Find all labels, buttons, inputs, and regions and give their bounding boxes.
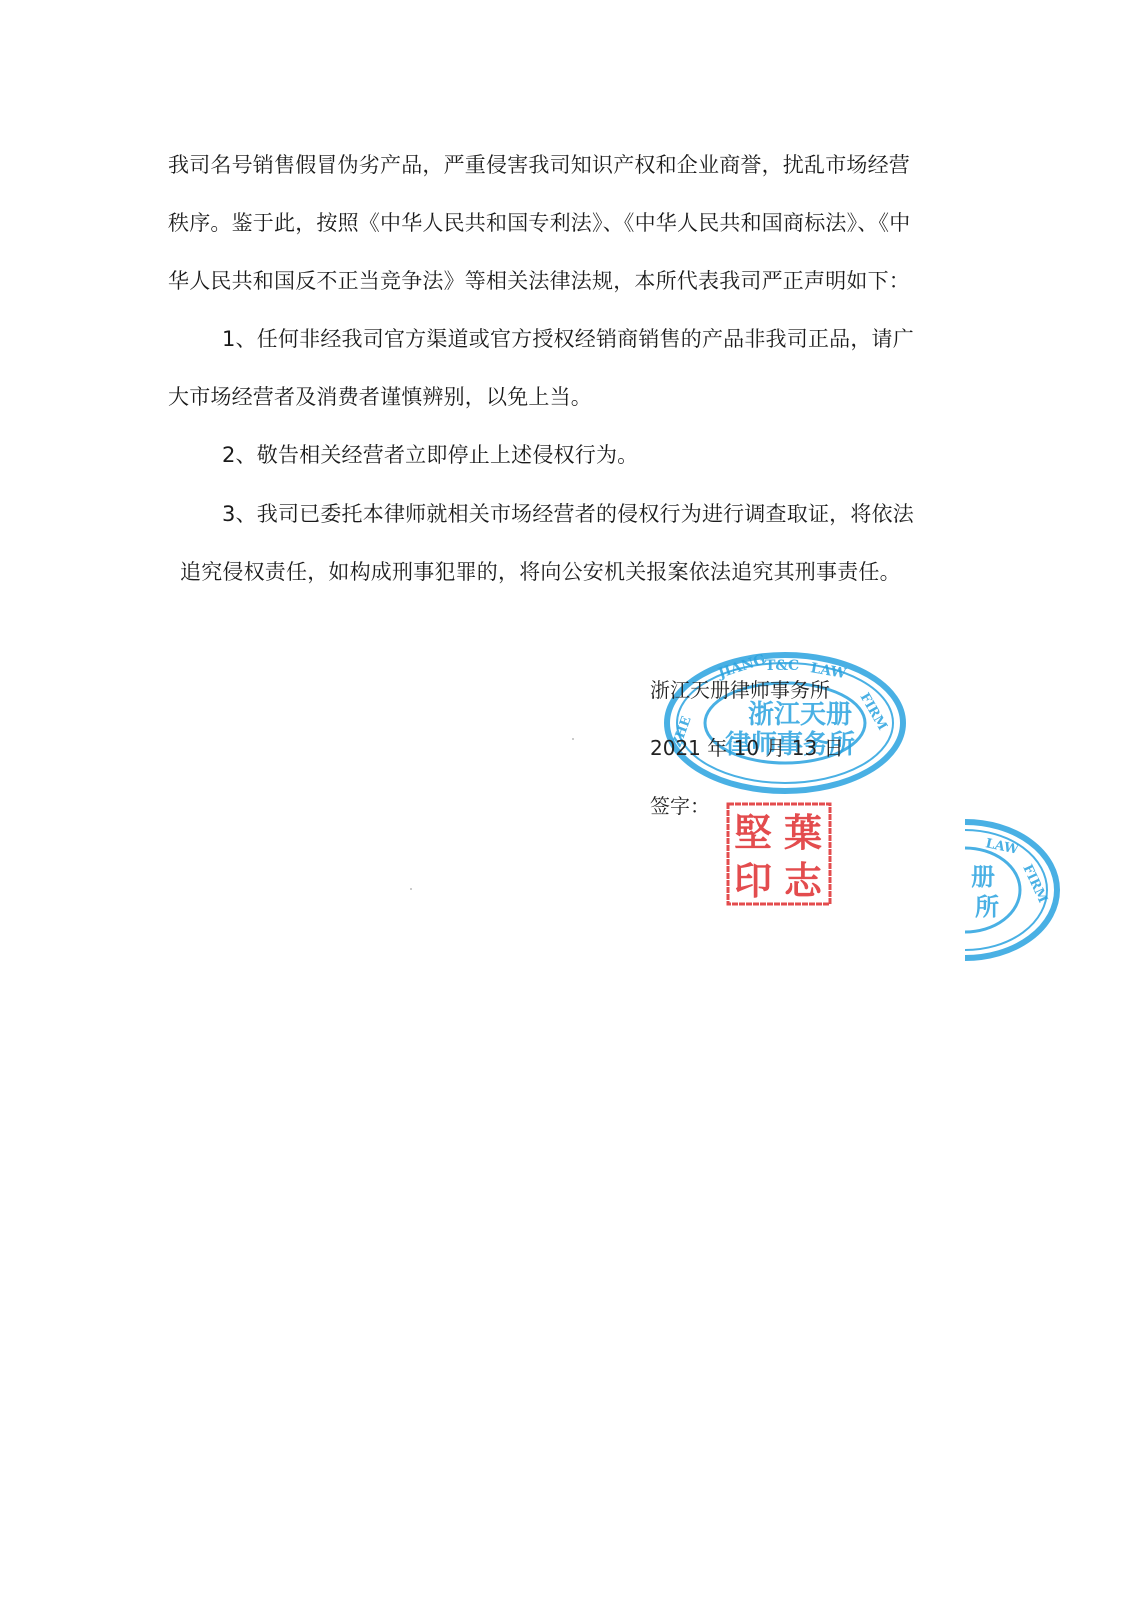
- firm-seal-stamp: JIANG T&C LAW FIRM ZHE 浙江天册 律师事务所: [660, 648, 910, 798]
- list-item-1-continued: 大市场经营者及消费者谨慎辨别，以免上当。: [168, 383, 592, 411]
- scan-speck: [572, 738, 574, 740]
- svg-text:堅: 堅: [734, 810, 772, 855]
- svg-text:LAW: LAW: [984, 836, 1020, 858]
- svg-text:FIRM: FIRM: [1019, 862, 1050, 905]
- signature-date: 2021 年 10 月 13 日: [650, 734, 844, 762]
- seal-inner-line1: 浙江天册: [748, 700, 852, 730]
- paragraph-line: 秩序。鉴于此，按照《中华人民共和国专利法》、《中华人民共和国商标法》、《中: [168, 209, 910, 237]
- list-item-3: 3、我司已委托本律师就相关市场经营者的侵权行为进行调查取证，将依法: [222, 500, 914, 528]
- signature-firm-name: 浙江天册律师事务所: [650, 676, 830, 704]
- svg-text:T&C: T&C: [765, 658, 799, 674]
- signature-label: 签字：: [650, 792, 710, 820]
- paragraph-line: 华人民共和国反不正当竞争法》等相关法律法规，本所代表我司严正声明如下：: [168, 267, 910, 295]
- list-item-3-continued: 追究侵权责任，如构成刑事犯罪的，将向公安机关报案依法追究其刑事责任。: [180, 558, 901, 586]
- personal-seal-stamp: 葉 志 堅 印: [724, 800, 836, 908]
- paragraph-line: 我司名号销售假冒伪劣产品，严重侵害我司知识产权和企业商誉，扰乱市场经营: [168, 151, 910, 179]
- svg-text:所: 所: [975, 892, 999, 921]
- svg-text:葉: 葉: [784, 810, 822, 855]
- svg-text:印: 印: [734, 858, 772, 903]
- partial-seal-stamp: LAW FIRM 册 所: [965, 815, 1131, 965]
- svg-text:册: 册: [971, 862, 995, 891]
- list-item-2: 2、敬告相关经营者立即停止上述侵权行为。: [222, 441, 638, 469]
- list-item-1: 1、任何非经我司官方渠道或官方授权经销商销售的产品非我司正品，请广: [222, 325, 914, 353]
- svg-text:志: 志: [784, 858, 823, 903]
- scan-speck: [410, 888, 412, 890]
- document-page: 我司名号销售假冒伪劣产品，严重侵害我司知识产权和企业商誉，扰乱市场经营 秩序。鉴…: [0, 0, 1131, 1600]
